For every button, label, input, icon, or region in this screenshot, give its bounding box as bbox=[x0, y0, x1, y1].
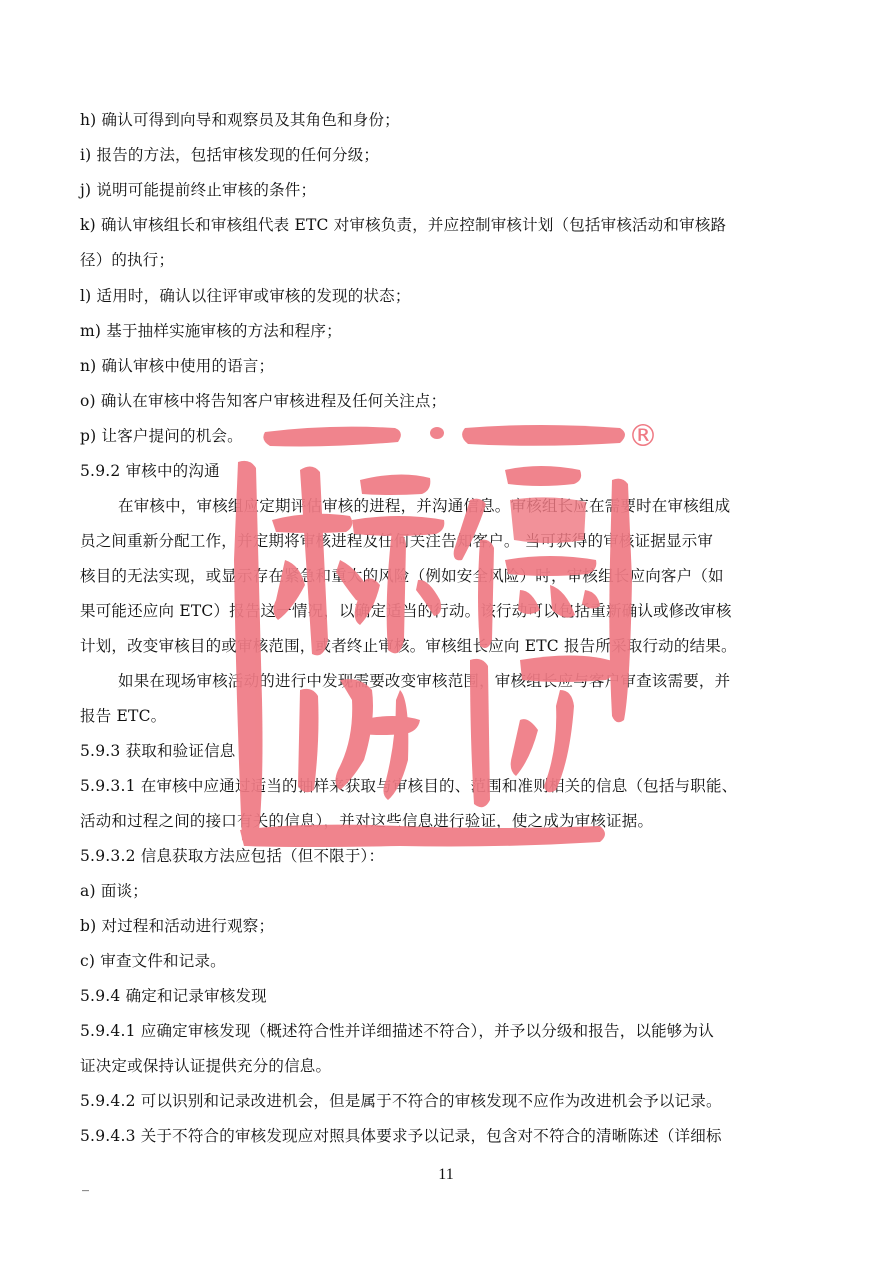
text-line: 如果在现场审核活动的进行中发现需要改变审核范围，审核组长应与客户审查该需要，并 bbox=[118, 671, 853, 691]
text-line: n) 确认审核中使用的语言； bbox=[80, 356, 815, 376]
text-line: i) 报告的方法，包括审核发现的任何分级； bbox=[80, 145, 815, 165]
footer-mark: _ bbox=[82, 1176, 89, 1192]
text-line: 5.9.3.1 在审核中应通过适当的抽样来获取与审核目的、范围和准则相关的信息（… bbox=[80, 776, 815, 796]
text-line: 5.9.4.2 可以识别和记录改进机会，但是属于不符合的审核发现不应作为改进机会… bbox=[80, 1091, 815, 1111]
text-line: p) 让客户提问的机会。 bbox=[80, 426, 815, 446]
text-line: 径）的执行； bbox=[80, 250, 815, 270]
text-line: 果可能还应向 ETC）报告这一情况，以确定适当的行动。该行动可以包括重新确认或修… bbox=[80, 601, 815, 621]
text-line: 核目的无法实现，或显示存在紧急和重大的风险（例如安全风险）时，审核组长应向客户（… bbox=[80, 566, 815, 586]
text-line: j) 说明可能提前终止审核的条件； bbox=[80, 180, 815, 200]
text-line: l) 适用时，确认以往评审或审核的发现的状态； bbox=[80, 286, 815, 306]
text-line: 5.9.4 确定和记录审核发现 bbox=[80, 986, 815, 1006]
text-line: 在审核中，审核组应定期评估审核的进程，并沟通信息。审核组长应在需要时在审核组成 bbox=[118, 496, 853, 516]
text-line: 计划，改变审核目的或审核范围，或者终止审核。审核组长应向 ETC 报告所采取行动… bbox=[80, 636, 815, 656]
text-line: a) 面谈； bbox=[80, 881, 815, 901]
text-line: 5.9.3 获取和验证信息 bbox=[80, 741, 815, 761]
text-line: 5.9.4.1 应确定审核发现（概述符合性并详细描述不符合），并予以分级和报告，… bbox=[80, 1021, 815, 1041]
text-line: 5.9.3.2 信息获取方法应包括（但不限于）： bbox=[80, 846, 815, 866]
page-number: 11 bbox=[0, 1166, 892, 1184]
text-line: b) 对过程和活动进行观察； bbox=[80, 916, 815, 936]
text-line: 5.9.2 审核中的沟通 bbox=[80, 461, 815, 481]
text-line: 活动和过程之间的接口有关的信息），并对这些信息进行验证，使之成为审核证据。 bbox=[80, 811, 815, 831]
text-line: 员之间重新分配工作，并定期将审核进程及任何关注告知客户。 当可获得的审核证据显示… bbox=[80, 531, 815, 551]
text-line: 报告 ETC。 bbox=[80, 706, 815, 726]
text-line: m) 基于抽样实施审核的方法和程序； bbox=[80, 321, 815, 341]
text-line: 5.9.4.3 关于不符合的审核发现应对照具体要求予以记录，包含对不符合的清晰陈… bbox=[80, 1126, 815, 1146]
text-line: h) 确认可得到向导和观察员及其角色和身份； bbox=[80, 110, 815, 130]
text-line: o) 确认在审核中将告知客户审核进程及任何关注点； bbox=[80, 391, 815, 411]
text-line: 证决定或保持认证提供充分的信息。 bbox=[80, 1056, 815, 1076]
text-line: k) 确认审核组长和审核组代表 ETC 对审核负责，并应控制审核计划（包括审核活… bbox=[80, 215, 815, 235]
text-line: c) 审查文件和记录。 bbox=[80, 951, 815, 971]
document-page: h) 确认可得到向导和观察员及其角色和身份；i) 报告的方法，包括审核发现的任何… bbox=[0, 0, 892, 1262]
